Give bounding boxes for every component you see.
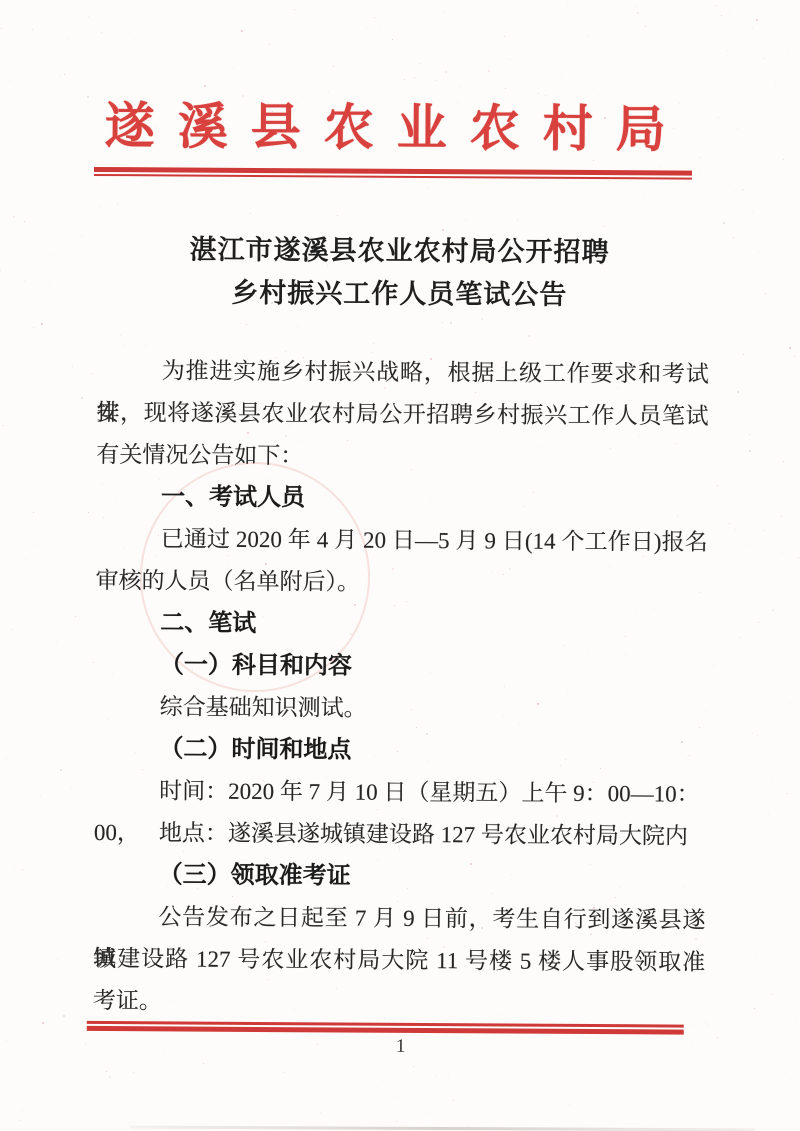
body-text: 为推进实施乡村振兴战略，根据上级工作要求和考试安 排，现将遂溪县农业农村局公开招… [93,350,709,1026]
section-heading: （三）领取准考证 [94,854,706,900]
body-line: 已通过 2020 年 4 月 20 日—5 月 9 日(14 个工作日)报名 [96,518,708,564]
body-line: 地点：遂溪县遂城镇建设路 127 号农业农村局大院内 [94,812,706,858]
doc-title-line1: 湛江市遂溪县农业农村局公开招聘 [94,228,704,275]
letterhead-rule [94,167,692,180]
body-line: 有关情况公告如下： [96,434,708,480]
body-line: 为推进实施乡村振兴战略，根据上级工作要求和考试安 [97,350,709,396]
body-line: 审核的人员（名单附后）。 [95,560,707,606]
page-number: 1 [0,1033,800,1060]
doc-title-line2: 乡村振兴工作人员笔试公告 [94,271,704,318]
section-heading: （二）时间和地点 [94,728,706,774]
footer-rule-thick [87,1026,684,1035]
body-line: 排，现将遂溪县农业农村局公开招聘乡村振兴工作人员笔试 [96,392,708,438]
section-heading: 一、考试人员 [96,476,708,522]
body-line: 镇建设路 127 号农业农村局大院 11 号楼 5 楼人事股领取准 [93,938,705,984]
letterhead-org-name: 遂溪县农业农村局 [0,85,770,162]
scanned-document-page: 遂溪县农业农村局 湛江市遂溪县农业农村局公开招聘 乡村振兴工作人员笔试公告 为推… [0,0,800,1131]
section-heading: 二、笔试 [95,602,707,648]
body-line: 时间：2020 年 7 月 10 日（星期五）上午 9：00—10：00， [94,770,706,816]
body-line: 公告发布之日起至 7 月 9 日前，考生自行到遂溪县遂城 [93,896,705,942]
document-content: 遂溪县农业农村局 湛江市遂溪县农业农村局公开招聘 乡村振兴工作人员笔试公告 为推… [0,0,800,1131]
section-heading: （一）科目和内容 [95,644,707,690]
body-line: 综合基础知识测试。 [95,686,707,732]
doc-title: 湛江市遂溪县农业农村局公开招聘 乡村振兴工作人员笔试公告 [94,228,705,318]
body-line: 考证。 [93,980,705,1026]
